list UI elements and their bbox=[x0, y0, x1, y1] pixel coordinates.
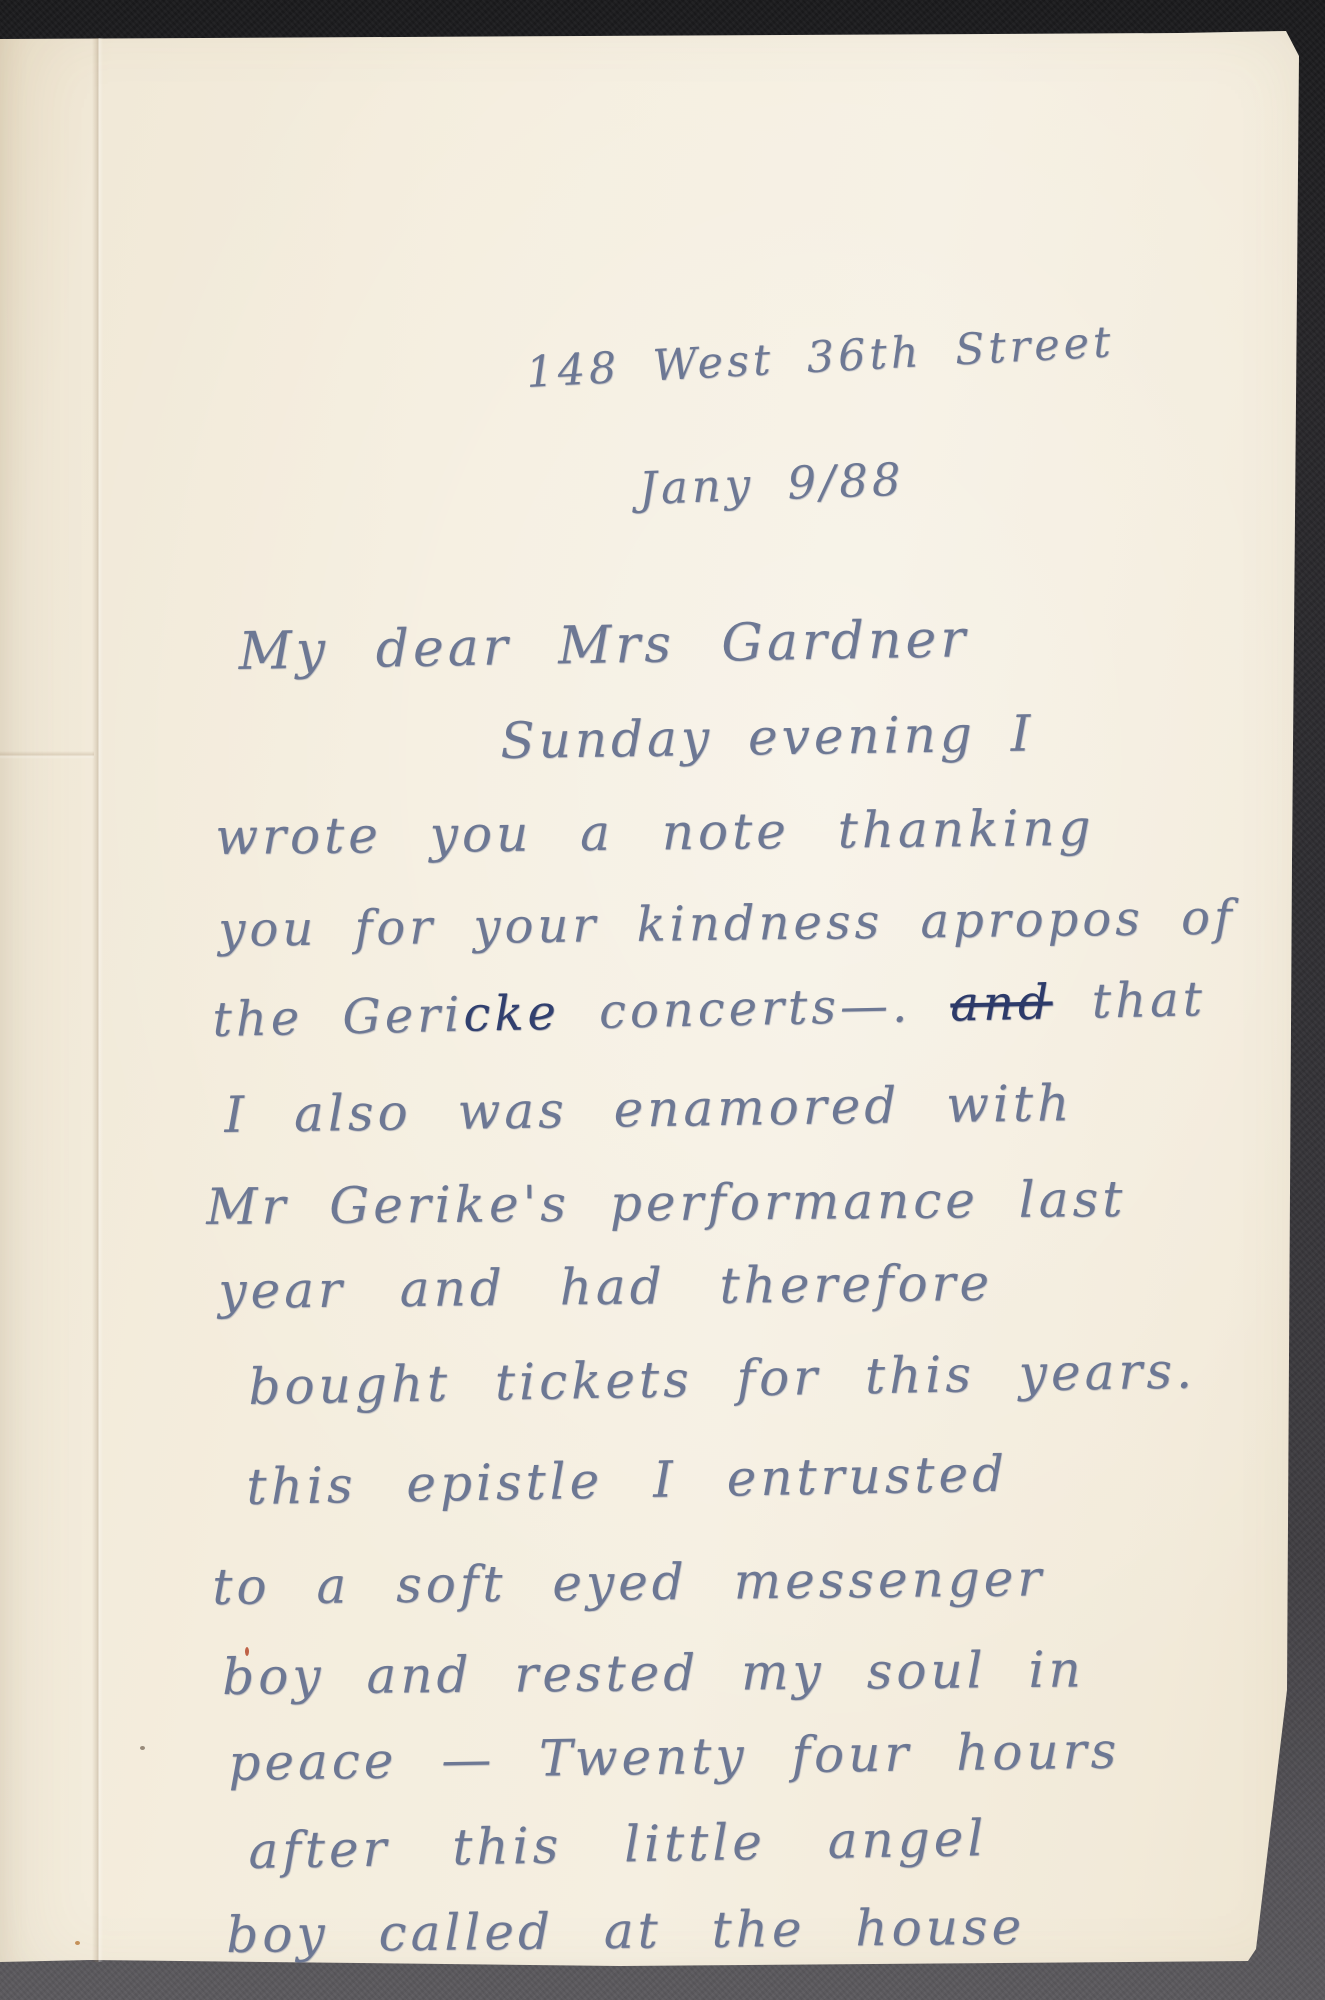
body-text: year and had therefore bbox=[218, 1254, 993, 1320]
body-text: Mr Gerike's performance last bbox=[206, 1170, 1127, 1236]
body-line-house: boy called at the house bbox=[226, 1898, 1025, 1964]
body-line-soft: to a soft eyed messenger bbox=[212, 1549, 1046, 1616]
body-text: wrote you a note thanking bbox=[215, 799, 1095, 866]
body-line-year: year and had therefore bbox=[218, 1254, 993, 1320]
body-text: boy and rested my soul in bbox=[222, 1640, 1085, 1706]
fold-crease-vertical bbox=[92, 38, 103, 1962]
paper-stain-speck bbox=[75, 1941, 80, 1945]
date-text: Jany 9/88 bbox=[638, 453, 905, 515]
body-line-wrote: wrote you a note thanking bbox=[215, 799, 1095, 866]
struck-out-word: and bbox=[950, 974, 1053, 1032]
date-line: Jany 9/88 bbox=[638, 453, 905, 515]
overwritten-correction: cke bbox=[463, 985, 561, 1043]
body-text: Sunday evening I bbox=[500, 705, 1035, 770]
fold-crease-horizontal bbox=[0, 751, 94, 759]
salutation-text: My dear Mrs Gardner bbox=[238, 609, 970, 682]
body-text: that bbox=[1052, 971, 1207, 1030]
paper-fiber-speck bbox=[245, 1647, 249, 1656]
body-text: concerts—. bbox=[559, 977, 951, 1041]
body-text: the Geri bbox=[212, 987, 464, 1048]
paper-dust-speck bbox=[140, 1746, 145, 1750]
salutation-line: My dear Mrs Gardner bbox=[238, 609, 970, 682]
body-line-rested: boy and rested my soul in bbox=[222, 1640, 1085, 1706]
body-line-performance: Mr Gerike's performance last bbox=[206, 1170, 1127, 1236]
body-line-sunday: Sunday evening I bbox=[500, 705, 1035, 770]
photo-background: 148 West 36th Street Jany 9/88 My dear M… bbox=[0, 0, 1325, 2000]
body-text: I also was enamored with bbox=[224, 1074, 1074, 1144]
body-line-enamored: I also was enamored with bbox=[224, 1074, 1074, 1144]
body-text: boy called at the house bbox=[226, 1898, 1025, 1964]
body-text: to a soft eyed messenger bbox=[212, 1549, 1046, 1616]
